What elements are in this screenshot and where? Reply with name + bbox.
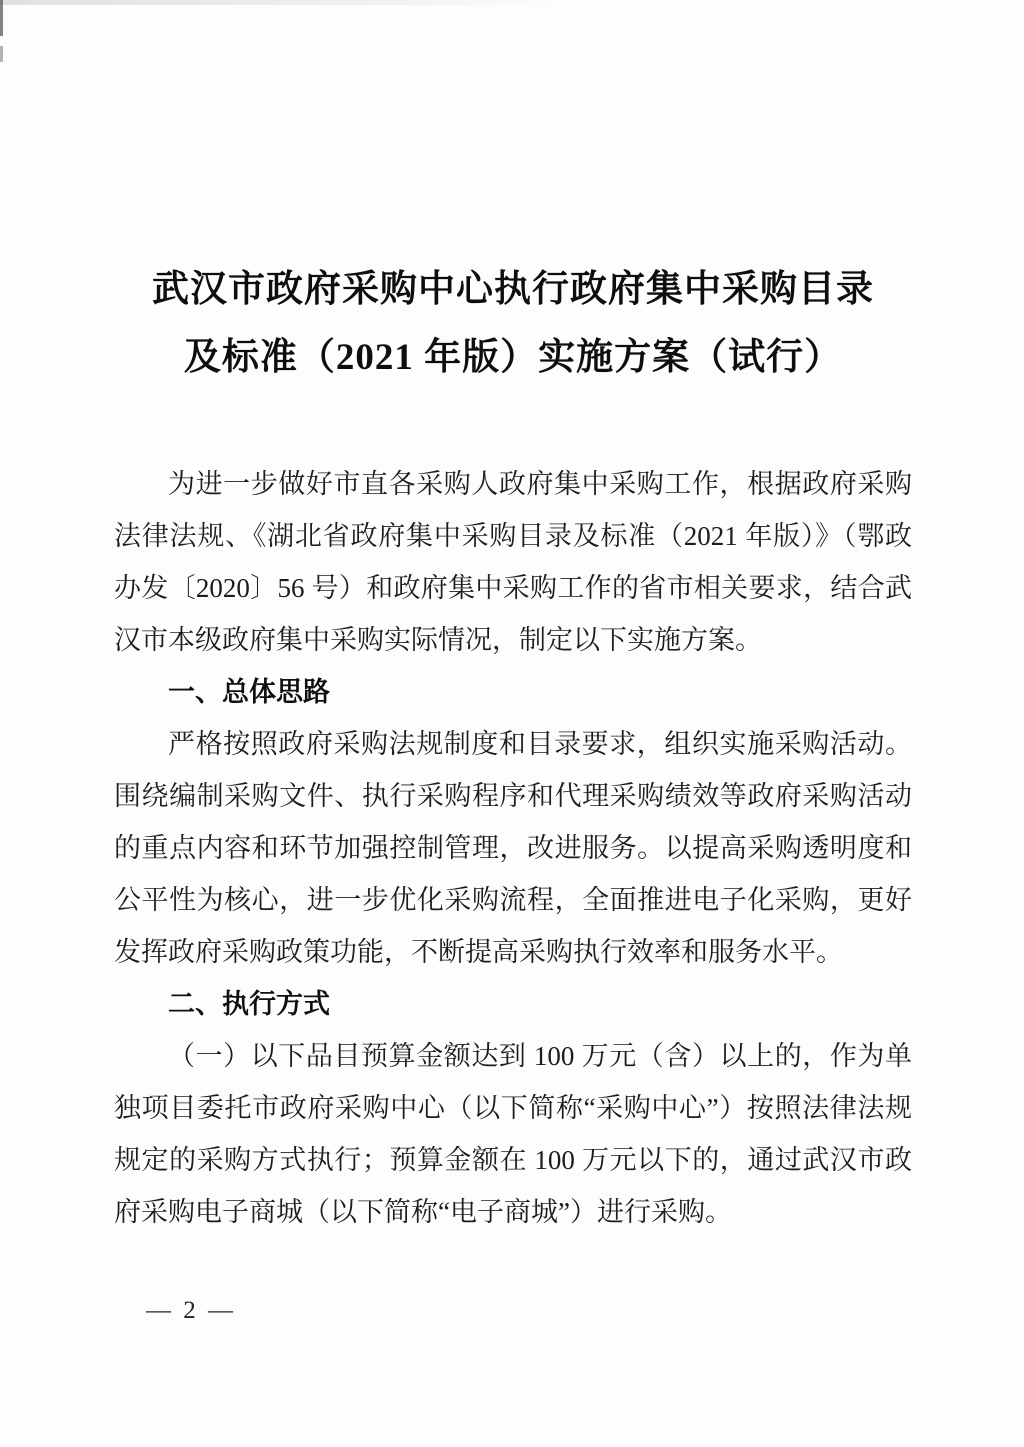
scan-artifact-left-mark-1 [0, 0, 3, 36]
intro-paragraph: 为进一步做好市直各采购人政府集中采购工作，根据政府采购法律法规、《湖北省政府集中… [114, 458, 912, 666]
document-content: 武汉市政府采购中心执行政府集中采购目录 及标准（2021 年版）实施方案（试行）… [114, 256, 912, 1238]
document-title: 武汉市政府采购中心执行政府集中采购目录 及标准（2021 年版）实施方案（试行） [114, 256, 912, 392]
scan-artifact-left-mark-2 [0, 46, 3, 62]
scanned-document-page: 武汉市政府采购中心执行政府集中采购目录 及标准（2021 年版）实施方案（试行）… [0, 0, 1024, 1447]
scan-artifact-top-edge [0, 0, 560, 5]
section-2-body: （一）以下品目预算金额达到 100 万元（含）以上的，作为单独项目委托市政府采购… [114, 1030, 912, 1238]
document-title-line-2: 及标准（2021 年版）实施方案（试行） [114, 324, 912, 392]
document-title-line-1: 武汉市政府采购中心执行政府集中采购目录 [114, 256, 912, 324]
section-1-heading: 一、总体思路 [114, 666, 912, 718]
section-1-body: 严格按照政府采购法规制度和目录要求，组织实施采购活动。围绕编制采购文件、执行采购… [114, 718, 912, 978]
section-2-heading: 二、执行方式 [114, 978, 912, 1030]
page-number: — 2 — [146, 1297, 236, 1325]
